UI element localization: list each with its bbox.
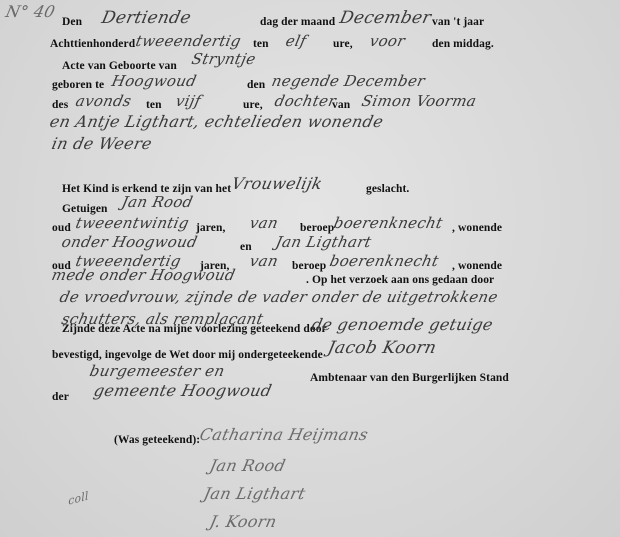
witness1-name: Jan Rood [120,193,195,211]
label-zijnde-deze-acte: Zijnde deze Acte na mijne voorlezing get… [62,323,327,335]
signature-2: Jan Rood [208,456,287,475]
father-name: Simon Voorma [360,92,478,110]
label-den: Den [62,16,82,28]
label-bevestigd: bevestigd, ingevolge de Wet door mij ond… [52,349,323,361]
label-op-het-verzoek: . Op het verzoek aan ons gedaan door [306,274,494,286]
hour-value: elf [284,32,308,50]
child-name: Stryntje [190,50,257,68]
residence-line: in de Weere [50,134,154,153]
signature-1: Catharina Heijmans [198,425,370,444]
signature-4: J. Koorn [208,512,279,531]
requester-line: de vroedvrouw, zijnde de vader onder de … [58,288,500,306]
birth-place: Hoogwoud [110,72,198,90]
record-number: N° 40 [4,2,57,21]
year-value: tweeendertig [134,32,243,50]
label-ten2: ten [146,99,162,111]
label-achttienhonderd: Achttienhonderd [50,38,135,50]
label-geboren-te: geboren te [52,79,104,91]
witness2-occupation: boerenknecht [328,252,440,270]
witness1-age: tweeentwintig [74,214,191,232]
label-des: des [52,99,68,111]
label-ure: ure, [333,38,353,50]
label-van-t-jaar: van 't jaar [432,16,484,28]
time-of-day: avonds [74,92,133,110]
municipality: gemeente Hoogwoud [92,381,274,400]
official-title: burgemeester en [88,362,226,380]
label-dag-der-maand: dag der maand [260,16,335,28]
witness1-occupation: boerenknecht [332,214,444,232]
month-value: December [338,8,433,28]
margin-note: coll [68,489,89,508]
label-der: der [52,391,69,403]
witness2-residence: mede onder Hoogwoud [50,266,237,284]
birth-certificate-page: N° 40 Den Dertiende dag der maand Decemb… [0,0,620,537]
birth-date: negende December [270,72,427,90]
ampm-value: voor [368,32,407,50]
birth-hour: vijf [174,92,203,110]
label-den-middag: den middag. [432,38,494,50]
label-van-w2: van [248,252,280,270]
label-den2: den [247,79,265,91]
label-geslacht: geslacht. [366,183,409,195]
mother-parents-line: en Antje Ligthart, echtelieden wonende [48,112,385,131]
label-wonende2: , wonende [452,260,502,272]
label-beroep2: beroep [292,260,326,272]
witness2-name: Jan Ligthart [274,233,373,251]
relation: dochter [273,92,338,110]
label-van: van [332,99,350,111]
label-ure2: ure, [243,99,263,111]
label-ambtenaar: Ambtenaar van den Burgerlijken Stand [310,372,509,384]
label-wonende: , wonende [452,222,502,234]
signature-3: Jan Ligthart [202,484,307,503]
label-acte-van-geboorte: Acte van Geboorte van [62,60,177,72]
label-was-geteekend: (Was geteekend): [114,434,200,446]
label-van-w1: van [248,214,280,232]
day-value: Dertiende [100,8,193,28]
gender-value: Vrouwelijk [230,174,324,193]
official-name: Jacob Koorn [326,338,438,358]
signers-value: de genoemde getuige [310,315,495,334]
label-jaren: jaren, [196,222,225,234]
label-en: en [240,241,252,253]
label-ten: ten [253,38,269,50]
witness1-residence: onder Hoogwoud [60,233,199,251]
